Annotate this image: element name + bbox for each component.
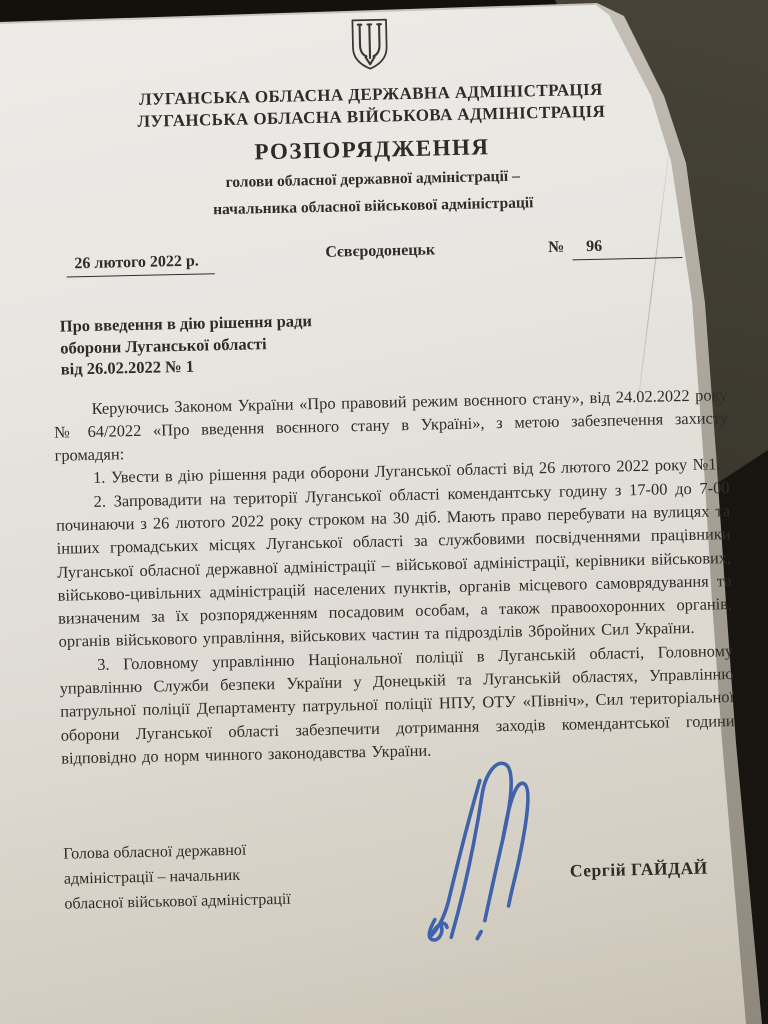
- document-header: ЛУГАНСЬКА ОБЛАСНА ДЕРЖАВНА АДМІНІСТРАЦІЯ…: [45, 10, 697, 224]
- body-paragraph: 3. Головному управлінню Національної пол…: [59, 639, 735, 770]
- handwritten-signature-icon: [413, 749, 567, 952]
- signature-block: Голова обласної державної адміністрації …: [63, 827, 741, 1012]
- signer-name: Сергій ГАЙДАЙ: [570, 858, 708, 882]
- number-field: № 96: [548, 236, 683, 261]
- issuer-line-2: начальника обласної військової адміністр…: [49, 190, 697, 224]
- subject-block: Про введення в дію рішення ради оборони …: [60, 300, 768, 380]
- ukraine-coat-of-arms-icon: [346, 16, 393, 78]
- body-paragraph: 2. Запровадити на території Луганської о…: [55, 476, 732, 654]
- number-value: 96: [572, 236, 682, 260]
- meta-row: 26 лютого 2022 р. Сєвєродонецьк № 96: [50, 235, 710, 279]
- document-content: ЛУГАНСЬКА ОБЛАСНА ДЕРЖАВНА АДМІНІСТРАЦІЯ…: [0, 0, 768, 1013]
- document-body: Керуючись Законом України «Про правовий …: [53, 383, 735, 770]
- number-sign: №: [548, 239, 564, 257]
- photo-background: ЛУГАНСЬКА ОБЛАСНА ДЕРЖАВНА АДМІНІСТРАЦІЯ…: [0, 0, 768, 1024]
